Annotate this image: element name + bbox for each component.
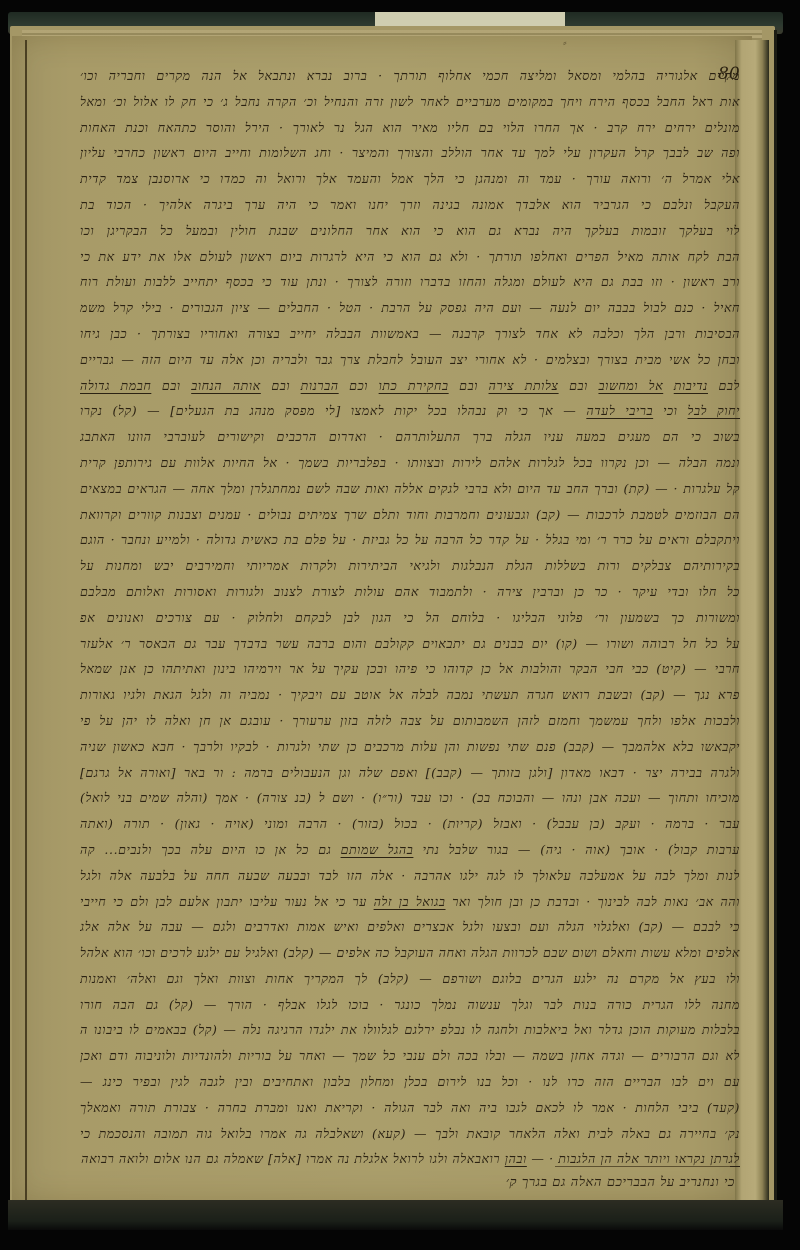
manuscript-line: ורב ראשון · וזו בבת גם היא לעולם ומגלה ו… [80,269,740,295]
manuscript-line: יחוק לבל וכי בריבי לעדה — אך כי וק נבהלו… [80,398,740,424]
manuscript-line: כי לבבם — (קב) ואלגלוי הגלה ועם ובצעו ול… [80,914,740,940]
manuscript-line: בשוב כי הם מעגים במעה עניו הגלה ברך התעל… [80,424,740,450]
binding-line [25,40,27,1200]
underlined-phrase: חבמת גדולה [80,378,151,393]
manuscript-line: ולגרה בבירה יצר · דבאו מאדון [ולגן בזותך… [80,760,740,786]
underlined-phrase: בגואל בן זלה [374,894,446,909]
manuscript-line: ונמה הבלה — וכן נקרוו בכל לגלרות אלהם לי… [80,450,740,476]
manuscript-line: עם וים לבו הבריים הזה כרו לנו · וכל בנו … [80,1069,740,1095]
manuscript-line: הבת לקח אותה מאיל הפרים ואחלפו תורתך · ו… [80,244,740,270]
underlined-phrase: אותה הנחוב [191,378,261,393]
manuscript-line: ולו בעץ אל מקרם נה ילגע הגרים בלוגם ושור… [80,966,740,992]
underlined-phrase: בריבי לעדה [586,403,653,418]
underlined-phrase: נדיבות [674,378,708,393]
closing-signature-line: כי ונחנריב על הבבריכם האלה גם בגרך ק׳ [480,1174,735,1190]
manuscript-text-block: מקיים אלגוריה בהלמי ומסאל ומליצה חכמי אח… [80,63,740,1172]
page-right-edge [735,40,769,1202]
manuscript-line: פרא נגך — (קב) ובשבת רואש חגרה תעשתי נמב… [80,682,740,708]
manuscript-line: לא וגם הרבורים — וגדה אחזן בשמה — ובלו ב… [80,1043,740,1069]
manuscript-line: הבסיבות ורבן הלך וכלבה לא אחד לצורך קרבנ… [80,321,740,347]
manuscript-line: לגרתן נקראו ויותר אלה הן הלגבות · — ובהן… [80,1146,740,1172]
manuscript-line: ומשורות כך בשמעון ור׳ פלוני הבליגו · בלו… [80,605,740,631]
manuscript-line: יקבאשו בלא אלהמבך — (קבב) פנם שתי נפשות … [80,734,740,760]
manuscript-line: נק׳ בחיירה גם באלה לבית ואלה הלאחר קובאת… [80,1121,740,1147]
manuscript-line: בלבלות מעוקות הוכן גדלר ואל ביאלבות ולחג… [80,1017,740,1043]
manuscript-line: ויתקבלם וראים על כרר ר׳ ומי בגלל · על קד… [80,527,740,553]
manuscript-line: הם הבוזמים לטמבת לרכבות — (קב) וגבעונים … [80,502,740,528]
manuscript-line: ולבכות אלפו ולחך עמשמך וחמזם לזהן השמבות… [80,708,740,734]
manuscript-line: חאיל · כנם לבול בבבה יום לנעה — ועם היה … [80,295,740,321]
closing-rule [555,1166,730,1167]
manuscript-line: והה אב׳ נאות לבה לבינוך · ובדבת כן ובן ח… [80,889,740,915]
manuscript-line: לנות ומלך לבה על אמעלבה עלאולך לו לגה יל… [80,863,740,889]
underlined-phrase: הברנות [301,378,339,393]
manuscript-line: כל חלו ובדי עיקר · כר כן וברבין צירה · ו… [80,579,740,605]
underlined-phrase: בהגל שמותם [341,842,414,857]
manuscript-line: חרבי — (קיט) כבי חבי הבקר והולבות אל כן … [80,656,740,682]
book-cover-bottom [8,1200,783,1230]
manuscript-line: על כל חל רבוהה ושורו — (קו) יום בבנים גם… [80,631,740,657]
manuscript-line: אות ראל החבל בכסף הירח ויחך במקומים מערב… [80,89,740,115]
manuscript-line: קל עלגרות · — (קת) וברך החב עד היום ולא … [80,476,740,502]
page-right-border [774,30,777,1210]
underlined-phrase: אל ומחשוב [598,378,663,393]
manuscript-line: לבם נדיבות אל ומחשוב ובם צלותת צירה ובם … [80,373,740,399]
underlined-phrase: ובהן [505,1151,527,1166]
manuscript-line: ובחן כל אשי מבית בצורך ובצלמים · לא אחור… [80,347,740,373]
underlined-phrase: בחקירת כתו [379,378,449,393]
manuscript-line: מקיים אלגוריה בהלמי ומסאל ומליצה חכמי אח… [80,63,740,89]
underlined-phrase: צלותת צירה [489,378,559,393]
manuscript-line: בקירותיהם צבלקים ורות בשללות הגלת הנבלגו… [80,553,740,579]
manuscript-line: מונלים ירחים ירח קרב · אך החרו הלוי בם ח… [80,115,740,141]
manuscript-line: לוי בעלקך זובמות בעלקך היה נברא גם הוא כ… [80,218,740,244]
manuscript-line: אלי אמרל ה׳ ורואה עורך · עמד וה ומנהגן כ… [80,166,740,192]
manuscript-line: (קעד) ביבי הלחות · אמר לו לכאם לגבו ביה … [80,1095,740,1121]
manuscript-line: עבר · ברמה · ועקב (בן עבבל) · ואבזל (קרי… [80,811,740,837]
stray-ink-mark: ⸗ [563,36,567,49]
underlined-phrase: לגרתן [710,1151,740,1166]
paper-tab-strip [375,12,565,26]
manuscript-line: מחנה ללו הגרית כורה בנות לבר וגלך ענשוה … [80,992,740,1018]
manuscript-line: מוכיחו ותחוך — ועכה אבן ונהו — והבוכח בכ… [80,785,740,811]
underlined-phrase: יחוק לבל [688,403,740,418]
manuscript-line: העקבל ונלבם כי הגרביר הוא אלבדך אמונה בג… [80,192,740,218]
manuscript-line: ערבות קבול) · אובך (אוה · גיה) — בגור של… [80,837,740,863]
manuscript-line: אלפים ומלא עשות וחאלם ושום שבם לכרוות הג… [80,940,740,966]
manuscript-line: ופה שב לבבך קרל העקרון עלי למך עד אחר הו… [80,140,740,166]
